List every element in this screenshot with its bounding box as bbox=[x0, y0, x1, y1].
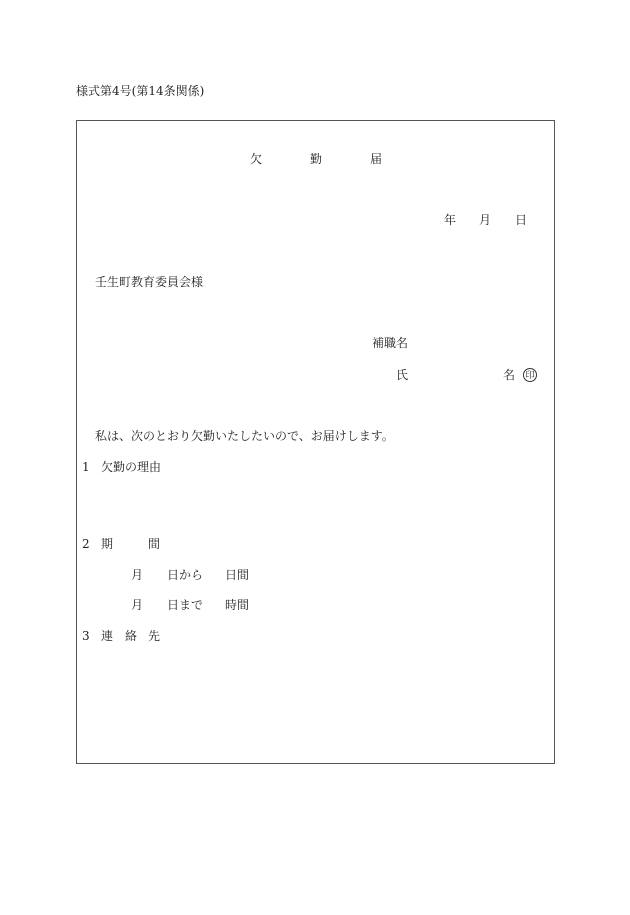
period-row-2-day: 日まで bbox=[167, 598, 203, 612]
title-char-1: 欠 bbox=[250, 152, 262, 166]
date-year-label: 年 bbox=[444, 213, 456, 227]
statement: 私は、次のとおり欠勤いたしたいので、お届けします。 bbox=[95, 429, 394, 443]
section-2-label-part-1: 期 bbox=[101, 537, 113, 551]
date-month-label: 月 bbox=[479, 213, 491, 227]
name-label-2: 名 bbox=[503, 368, 515, 382]
section-3-label-part-3: 先 bbox=[148, 629, 160, 643]
section-3-number: 3 bbox=[82, 629, 90, 643]
section-2-label-part-2: 間 bbox=[148, 537, 160, 551]
section-1-number: 1 bbox=[82, 460, 90, 474]
date-day-label: 日 bbox=[515, 213, 527, 227]
title-char-2: 勤 bbox=[310, 152, 322, 166]
period-row-2-month: 月 bbox=[131, 598, 143, 612]
period-row-1-day: 日から bbox=[167, 568, 203, 582]
seal-icon: 印 bbox=[523, 368, 537, 382]
name-label-1: 氏 bbox=[396, 368, 408, 382]
job-title-label: 補職名 bbox=[372, 336, 408, 350]
addressee: 壬生町教育委員会様 bbox=[95, 275, 203, 289]
period-row-1-unit: 日間 bbox=[225, 568, 249, 582]
section-3-label-part-2: 絡 bbox=[125, 629, 137, 643]
section-1-label: 欠勤の理由 bbox=[101, 460, 161, 474]
period-row-2-unit: 時間 bbox=[225, 598, 249, 612]
form-number: 様式第4号(第14条関係) bbox=[76, 84, 204, 98]
section-3-label-part-1: 連 bbox=[101, 629, 113, 643]
section-2-number: 2 bbox=[82, 537, 90, 551]
title-char-3: 届 bbox=[370, 152, 382, 166]
period-row-1-month: 月 bbox=[131, 568, 143, 582]
